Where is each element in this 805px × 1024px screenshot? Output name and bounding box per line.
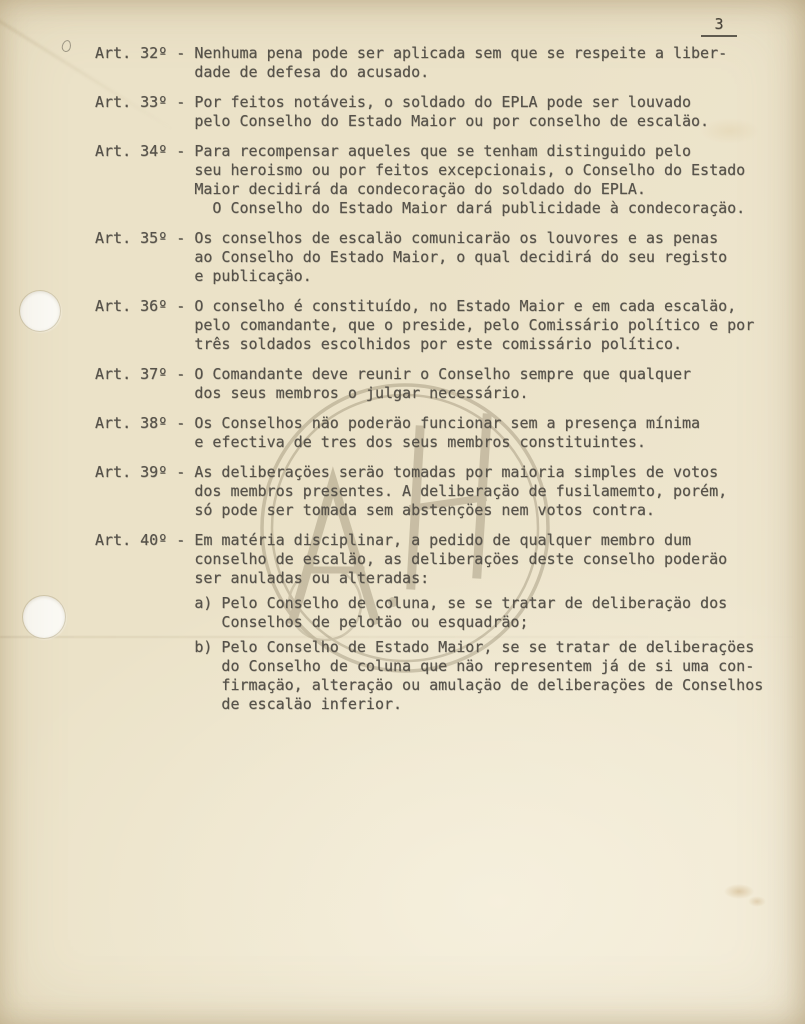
article-38: Art. 38º - Os Conselhos näo poderäo func… bbox=[95, 414, 763, 452]
text-line: Art. 40º - Em matéria disciplinar, a ped… bbox=[95, 531, 763, 550]
text-line: O Conselho do Estado Maior dará publicid… bbox=[95, 199, 763, 218]
text-line: Conselhos de pelotäo ou esquadräo; bbox=[95, 613, 763, 632]
article-37: Art. 37º - O Comandante deve reunir o Co… bbox=[95, 365, 763, 403]
article-body: Art. 35º - Os conselhos de escaläo comun… bbox=[95, 229, 763, 286]
text-line: Maior decidirá da condecoraçäo do soldad… bbox=[95, 180, 763, 199]
text-line: três soldados escolhidos por este comiss… bbox=[95, 335, 763, 354]
text-line: Art. 34º - Para recompensar aqueles que … bbox=[95, 142, 763, 161]
article-body: Art. 34º - Para recompensar aqueles que … bbox=[95, 142, 763, 218]
text-line: Art. 32º - Nenhuma pena pode ser aplicad… bbox=[95, 44, 763, 63]
article-32: Art. 32º - Nenhuma pena pode ser aplicad… bbox=[95, 44, 763, 82]
text-line: de escaläo inferior. bbox=[95, 695, 763, 714]
article-40: Art. 40º - Em matéria disciplinar, a ped… bbox=[95, 531, 763, 714]
text-line: pelo Conselho do Estado Maior ou por con… bbox=[95, 112, 763, 131]
hole-punch-bottom bbox=[23, 596, 65, 638]
page-number: 3 bbox=[701, 13, 737, 37]
text-line: seu heroismo ou por feitos excepcionais,… bbox=[95, 161, 763, 180]
text-line: Art. 36º - O conselho é constituído, no … bbox=[95, 297, 763, 316]
article-body: Art. 38º - Os Conselhos näo poderäo func… bbox=[95, 414, 763, 452]
article-body: Art. 33º - Por feitos notáveis, o soldad… bbox=[95, 93, 763, 131]
article-body: Art. 37º - O Comandante deve reunir o Co… bbox=[95, 365, 763, 403]
article-33: Art. 33º - Por feitos notáveis, o soldad… bbox=[95, 93, 763, 131]
text-line: ser anuladas ou alteradas: bbox=[95, 569, 763, 588]
text-line: só pode ser tomada sem abstençöes nem vo… bbox=[95, 501, 763, 520]
article-34: Art. 34º - Para recompensar aqueles que … bbox=[95, 142, 763, 218]
text-line: b) Pelo Conselho de Estado Maior, se se … bbox=[95, 638, 763, 657]
text-line: Art. 37º - O Comandante deve reunir o Co… bbox=[95, 365, 763, 384]
text-line: conselho de escaläo, as deliberaçöes des… bbox=[95, 550, 763, 569]
text-line: Art. 33º - Por feitos notáveis, o soldad… bbox=[95, 93, 763, 112]
article-subitem: b) Pelo Conselho de Estado Maior, se se … bbox=[95, 638, 763, 714]
document-page: 3 Art. 32º - Nenhuma pena pode ser aplic… bbox=[0, 0, 805, 1024]
article-subitem: a) Pelo Conselho de coluna, se se tratar… bbox=[95, 594, 763, 632]
text-line: ao Conselho do Estado Maior, o qual deci… bbox=[95, 248, 763, 267]
article-body: Art. 32º - Nenhuma pena pode ser aplicad… bbox=[95, 44, 763, 82]
article-39: Art. 39º - As deliberaçöes seräo tomadas… bbox=[95, 463, 763, 520]
text-line: dos membros presentes. A deliberaçäo de … bbox=[95, 482, 763, 501]
paper-stain bbox=[748, 896, 766, 907]
text-line: Art. 38º - Os Conselhos näo poderäo func… bbox=[95, 414, 763, 433]
text-line: a) Pelo Conselho de coluna, se se tratar… bbox=[95, 594, 763, 613]
article-35: Art. 35º - Os conselhos de escaläo comun… bbox=[95, 229, 763, 286]
text-line: e publicaçäo. bbox=[95, 267, 763, 286]
article-36: Art. 36º - O conselho é constituído, no … bbox=[95, 297, 763, 354]
article-body: Art. 40º - Em matéria disciplinar, a ped… bbox=[95, 531, 763, 588]
text-line: Art. 35º - Os conselhos de escaläo comun… bbox=[95, 229, 763, 248]
pen-mark bbox=[61, 39, 73, 53]
text-line: dade de defesa do acusado. bbox=[95, 63, 763, 82]
paper-stain bbox=[724, 884, 754, 899]
text-line: Art. 39º - As deliberaçöes seräo tomadas… bbox=[95, 463, 763, 482]
text-line: pelo comandante, que o preside, pelo Com… bbox=[95, 316, 763, 335]
articles-list: Art. 32º - Nenhuma pena pode ser aplicad… bbox=[95, 44, 763, 725]
hole-punch-top bbox=[20, 291, 60, 331]
text-line: firmaçäo, alteraçäo ou amulaçäo de delib… bbox=[95, 676, 763, 695]
text-line: dos seus membros o julgar necessário. bbox=[95, 384, 763, 403]
text-line: e efectiva de tres dos seus membros cons… bbox=[95, 433, 763, 452]
article-body: Art. 39º - As deliberaçöes seräo tomadas… bbox=[95, 463, 763, 520]
article-body: Art. 36º - O conselho é constituído, no … bbox=[95, 297, 763, 354]
text-line: do Conselho de coluna que näo represente… bbox=[95, 657, 763, 676]
